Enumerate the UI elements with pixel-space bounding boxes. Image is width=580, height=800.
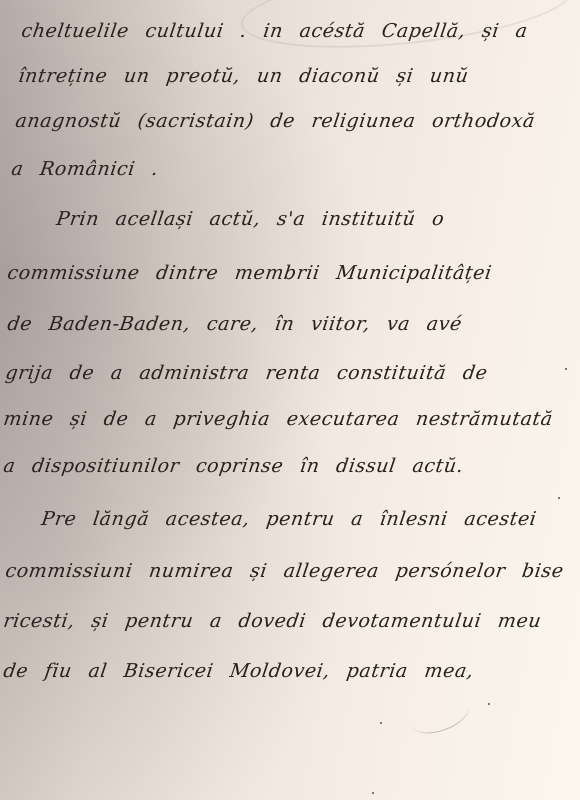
manuscript-line-2: întreține un preotŭ, un diaconŭ și unŭ	[17, 65, 470, 87]
ink-speck	[372, 792, 374, 794]
ink-speck	[558, 497, 560, 499]
manuscript-line-6: commissiune dintre membrii Municipalitâț…	[6, 262, 493, 284]
manuscript-line-13: ricesti, și pentru a dovedi devotamentul…	[2, 610, 543, 632]
manuscript-line-10: a dispositiunilor coprinse în dissul act…	[2, 455, 465, 477]
ink-flourish	[407, 691, 474, 741]
manuscript-line-3: anagnostŭ (sacristain) de religiunea ort…	[14, 110, 537, 132]
manuscript-line-5: Prin acellași actŭ, s'a instituitŭ o	[55, 208, 446, 230]
ink-speck	[488, 703, 490, 705]
manuscript-page: cheltuelile cultului . in acéstă Capellă…	[0, 0, 580, 800]
manuscript-line-8: grija de a administra renta constituită …	[4, 362, 489, 384]
manuscript-line-9: mine și de a priveghia executarea nestră…	[2, 408, 554, 430]
ink-speck	[380, 722, 382, 724]
manuscript-line-1: cheltuelile cultului . in acéstă Capellă…	[20, 20, 529, 42]
manuscript-line-12: commissiuni numirea și allegerea persóne…	[4, 560, 565, 582]
ink-speck	[565, 368, 567, 370]
manuscript-line-7: de Baden-Baden, care, în viitor, va avé	[6, 313, 463, 335]
manuscript-line-4: a Românici .	[10, 158, 160, 180]
manuscript-line-14: de fiu al Bisericei Moldovei, patria mea…	[2, 660, 475, 682]
manuscript-line-11: Pre lăngă acestea, pentru a înlesni aces…	[40, 508, 538, 530]
